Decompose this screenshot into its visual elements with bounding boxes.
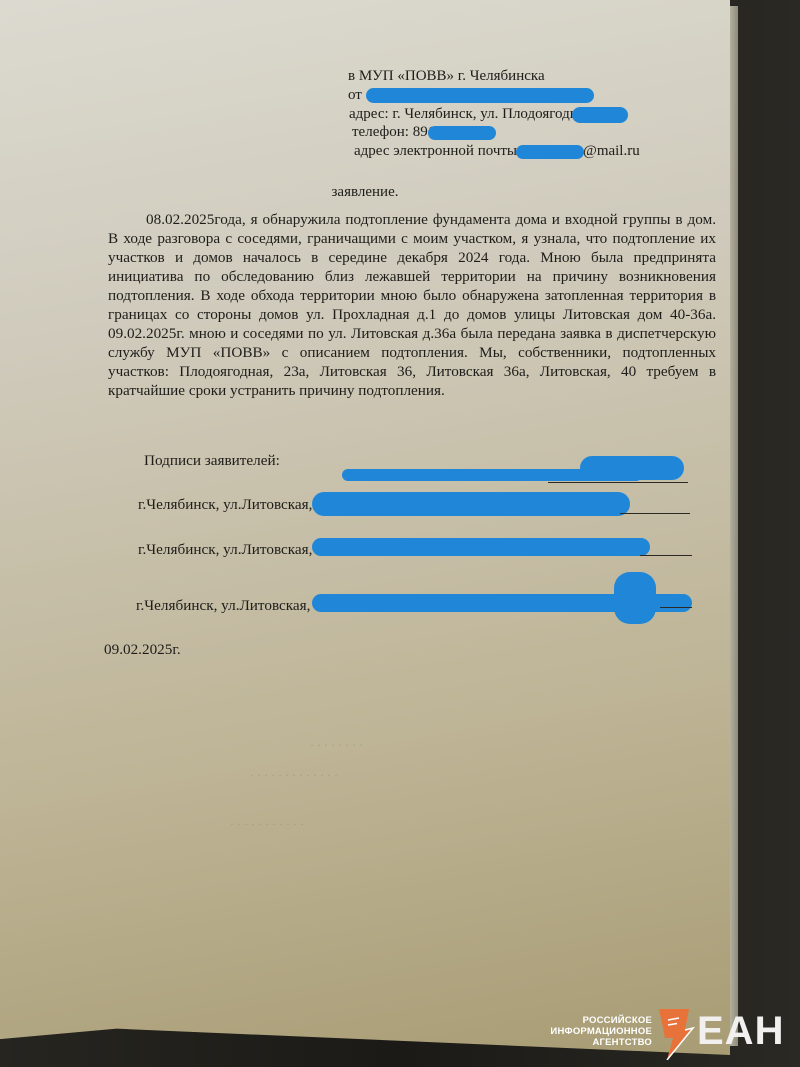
- bleed-through-text: · · · · · · · · · · · · ·: [250, 768, 338, 783]
- signer-address: г.Челябинск, ул.Литовская,: [138, 496, 312, 514]
- signer-address: г.Челябинск, ул.Литовская,: [138, 541, 312, 559]
- redaction-signature-1: [580, 456, 684, 480]
- addressee-to: в МУП «ПОВВ» г. Челябинска: [348, 68, 545, 85]
- document-title: заявление.: [0, 184, 730, 201]
- redaction-phone: [428, 126, 496, 140]
- document-page: в МУП «ПОВВ» г. Челябинска от адрес: г. …: [0, 0, 730, 1055]
- signer-address: г.Челябинск, ул.Литовская,: [136, 597, 310, 615]
- redaction-signer-3: [312, 538, 650, 556]
- redaction-email: [516, 145, 584, 159]
- statement-body: 08.02.2025года, я обнаружила подтопление…: [108, 210, 716, 400]
- signature-line: [660, 607, 692, 608]
- email-label: адрес электронной почты:: [354, 143, 521, 160]
- document-date: 09.02.2025г.: [104, 641, 181, 659]
- address-line: адрес: г. Челябинск, ул. Плодоягодная,: [349, 106, 595, 123]
- signature-line: [548, 482, 688, 483]
- email-domain: @mail.ru: [583, 143, 640, 160]
- redaction-house-number: [572, 107, 628, 123]
- bleed-through-text: · · · · · · · · · · ·: [230, 817, 304, 832]
- redaction-name: [366, 88, 594, 103]
- redaction-signature-4: [614, 572, 656, 624]
- ean-watermark: РОССИЙСКОЕ ИНФОРМАЦИОННОЕ АГЕНТСТВО ЕАН: [562, 1006, 792, 1056]
- redaction-signer-2: [312, 492, 630, 516]
- bleed-through-text: · · · · · · · ·: [310, 738, 363, 753]
- signature-line: [620, 513, 690, 514]
- statement-paragraph: 08.02.2025года, я обнаружила подтопление…: [108, 210, 716, 400]
- watermark-agency-name: РОССИЙСКОЕ ИНФОРМАЦИОННОЕ АГЕНТСТВО: [550, 1015, 652, 1048]
- watermark-brand: ЕАН: [697, 1011, 784, 1051]
- addressee-from-label: от: [348, 87, 362, 104]
- signature-line: [640, 555, 692, 556]
- signatures-label: Подписи заявителей:: [144, 452, 280, 470]
